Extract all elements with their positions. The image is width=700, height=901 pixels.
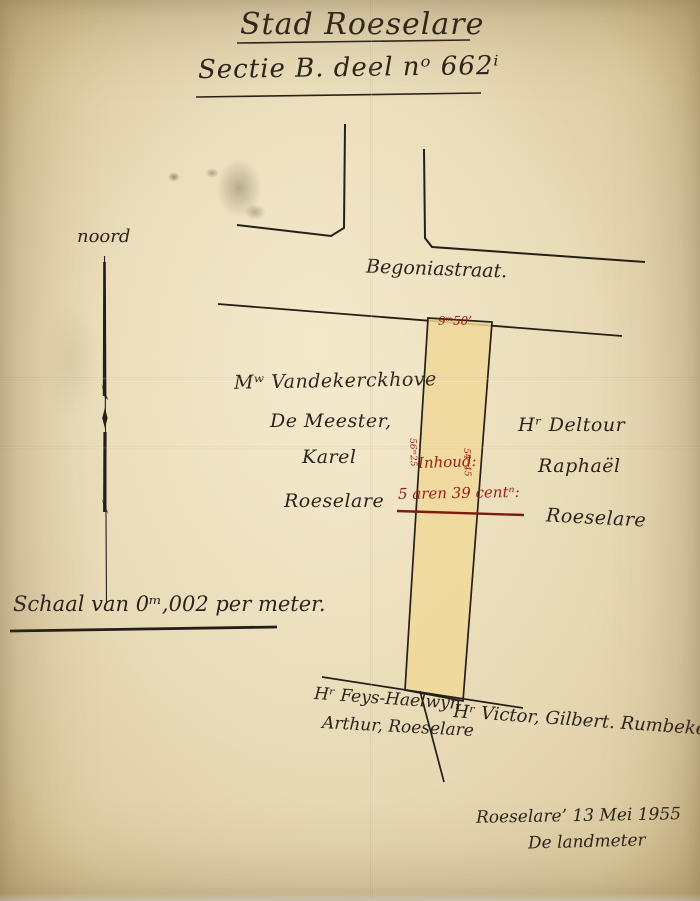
owner-west-line1: Mʷ Vandekerckhove [234,370,437,393]
scale-underline [10,627,277,631]
subtitle-underline [196,93,481,97]
street-corner-right [424,149,645,262]
paper-bottom-edge [0,893,700,901]
owner-east-line1: Hʳ Deltour [518,416,625,436]
fold-crease-horizontal-1 [0,377,700,380]
parcel-area-heading: Inhoud: [418,454,477,472]
signature-place-date: Roeselare’ 13 Mei 1955 [476,806,681,827]
parcel-frontage-label: 9ᵐ50’ [438,315,472,328]
north-label: noord [77,228,130,247]
north-needle [101,256,108,602]
street-corner-left [237,124,345,236]
owner-east-line2: Raphaël [538,457,621,477]
street-boundary-line [218,304,622,336]
fold-crease-vertical [370,0,373,901]
fold-crease-horizontal-2 [0,446,700,449]
cadastral-sketch-document: Stad Roeselare Sectie B. deel nᵒ 662ⁱ no… [0,0,700,901]
parcel-area-value: 5 aren 39 centⁿ: [398,485,520,503]
scale-label: Schaal van 0ᵐ,002 per meter. [13,593,326,615]
page-subtitle: Sectie B. deel nᵒ 662ⁱ [198,53,500,85]
signature-role: De landmeter [528,832,646,853]
page-title: Stad Roeselare [240,9,484,41]
owner-west-line3: Karel [302,448,356,468]
parcel-left-side-label: 56ᵐ25 [407,438,417,467]
owner-west-line2: De Meester, [270,412,392,432]
